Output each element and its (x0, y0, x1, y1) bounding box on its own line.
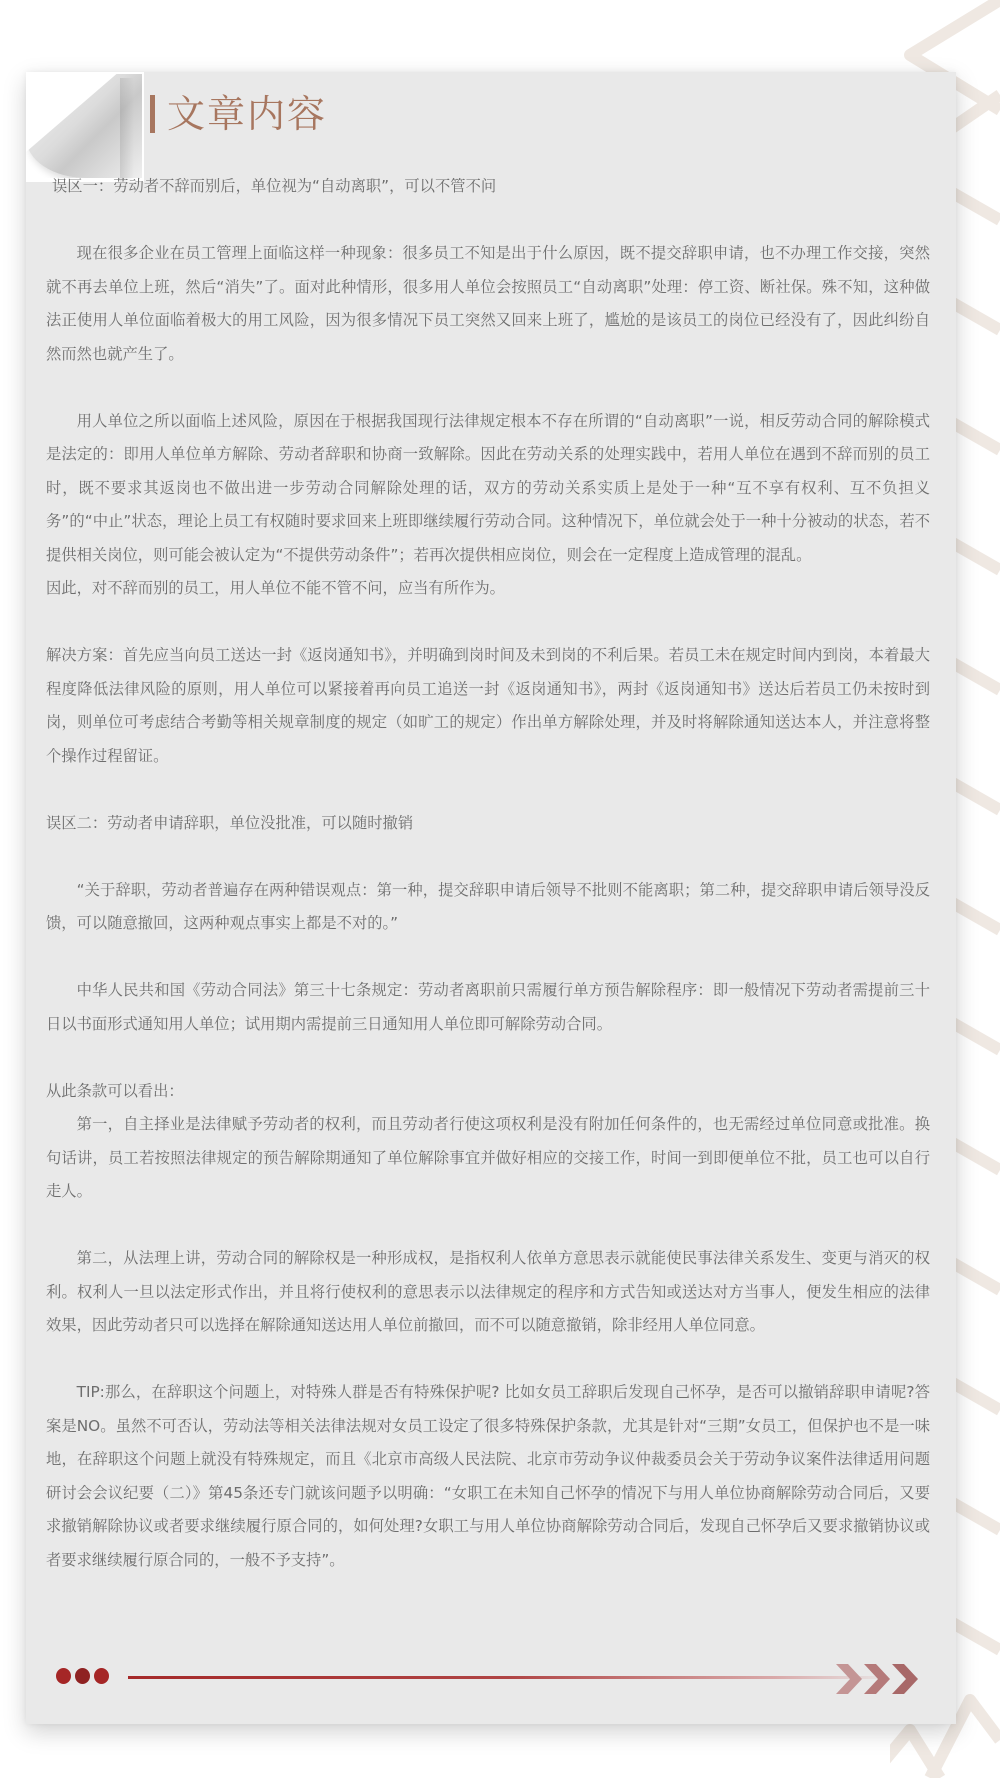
title-accent-bar (150, 95, 155, 133)
tip-paragraph: TIP:那么，在辞职这个问题上，对特殊人群是否有特殊保护呢? 比如女员工辞职后发… (46, 1376, 930, 1577)
paragraph: 因此，对不辞而别的员工，用人单位不能不管不问，应当有所作为。 (46, 572, 930, 606)
dot-icon (56, 1668, 71, 1684)
dot-icon (94, 1668, 109, 1684)
section-header: 文章内容 (150, 92, 327, 136)
myth-two-heading: 误区二：劳动者申请辞职，单位没批准，可以随时撤销 (46, 807, 930, 841)
spacer (50, 1041, 930, 1075)
spacer (50, 1209, 930, 1243)
divider-line (128, 1676, 888, 1679)
chevron-right-icon (836, 1664, 926, 1694)
quote-paragraph: “关于辞职，劳动者普遍存在两种错误观点：第一种，提交辞职申请后领导不批则不能离职… (46, 874, 930, 941)
page-title: 文章内容 (167, 92, 327, 136)
footer-dots (56, 1668, 109, 1684)
spacer (50, 1343, 930, 1377)
spacer (50, 606, 930, 640)
paragraph: 现在很多企业在员工管理上面临这样一种现象：很多员工不知是出于什么原因，既不提交辞… (46, 237, 930, 371)
article-body: 误区一：劳动者不辞而别后，单位视为“自动离职”，可以不管不问 现在很多企业在员工… (50, 170, 930, 1577)
paragraph: 用人单位之所以面临上述风险，原因在于根据我国现行法律规定根本不存在所谓的“自动离… (46, 405, 930, 573)
spacer (50, 840, 930, 874)
spacer (50, 941, 930, 975)
spacer (50, 371, 930, 405)
paragraph: 第一，自主择业是法律赋予劳动者的权利，而且劳动者行使这项权利是没有附加任何条件的… (46, 1108, 930, 1209)
law-paragraph: 中华人民共和国《劳动合同法》第三十七条规定：劳动者离职前只需履行单方预告解除程序… (46, 974, 930, 1041)
solution-paragraph: 解决方案：首先应当向员工送达一封《返岗通知书》，并明确到岗时间及未到岗的不利后果… (46, 639, 930, 773)
spacer (50, 773, 930, 807)
page-curl-shadow (120, 78, 134, 182)
paragraph: 第二，从法理上讲，劳动合同的解除权是一种形成权，是指权利人依单方意思表示就能使民… (46, 1242, 930, 1343)
paragraph: 从此条款可以看出： (46, 1075, 930, 1109)
myth-one-heading: 误区一：劳动者不辞而别后，单位视为“自动离职”，可以不管不问 (50, 170, 930, 204)
dot-icon (75, 1668, 90, 1684)
footer-divider (56, 1664, 916, 1694)
spacer (50, 204, 930, 238)
